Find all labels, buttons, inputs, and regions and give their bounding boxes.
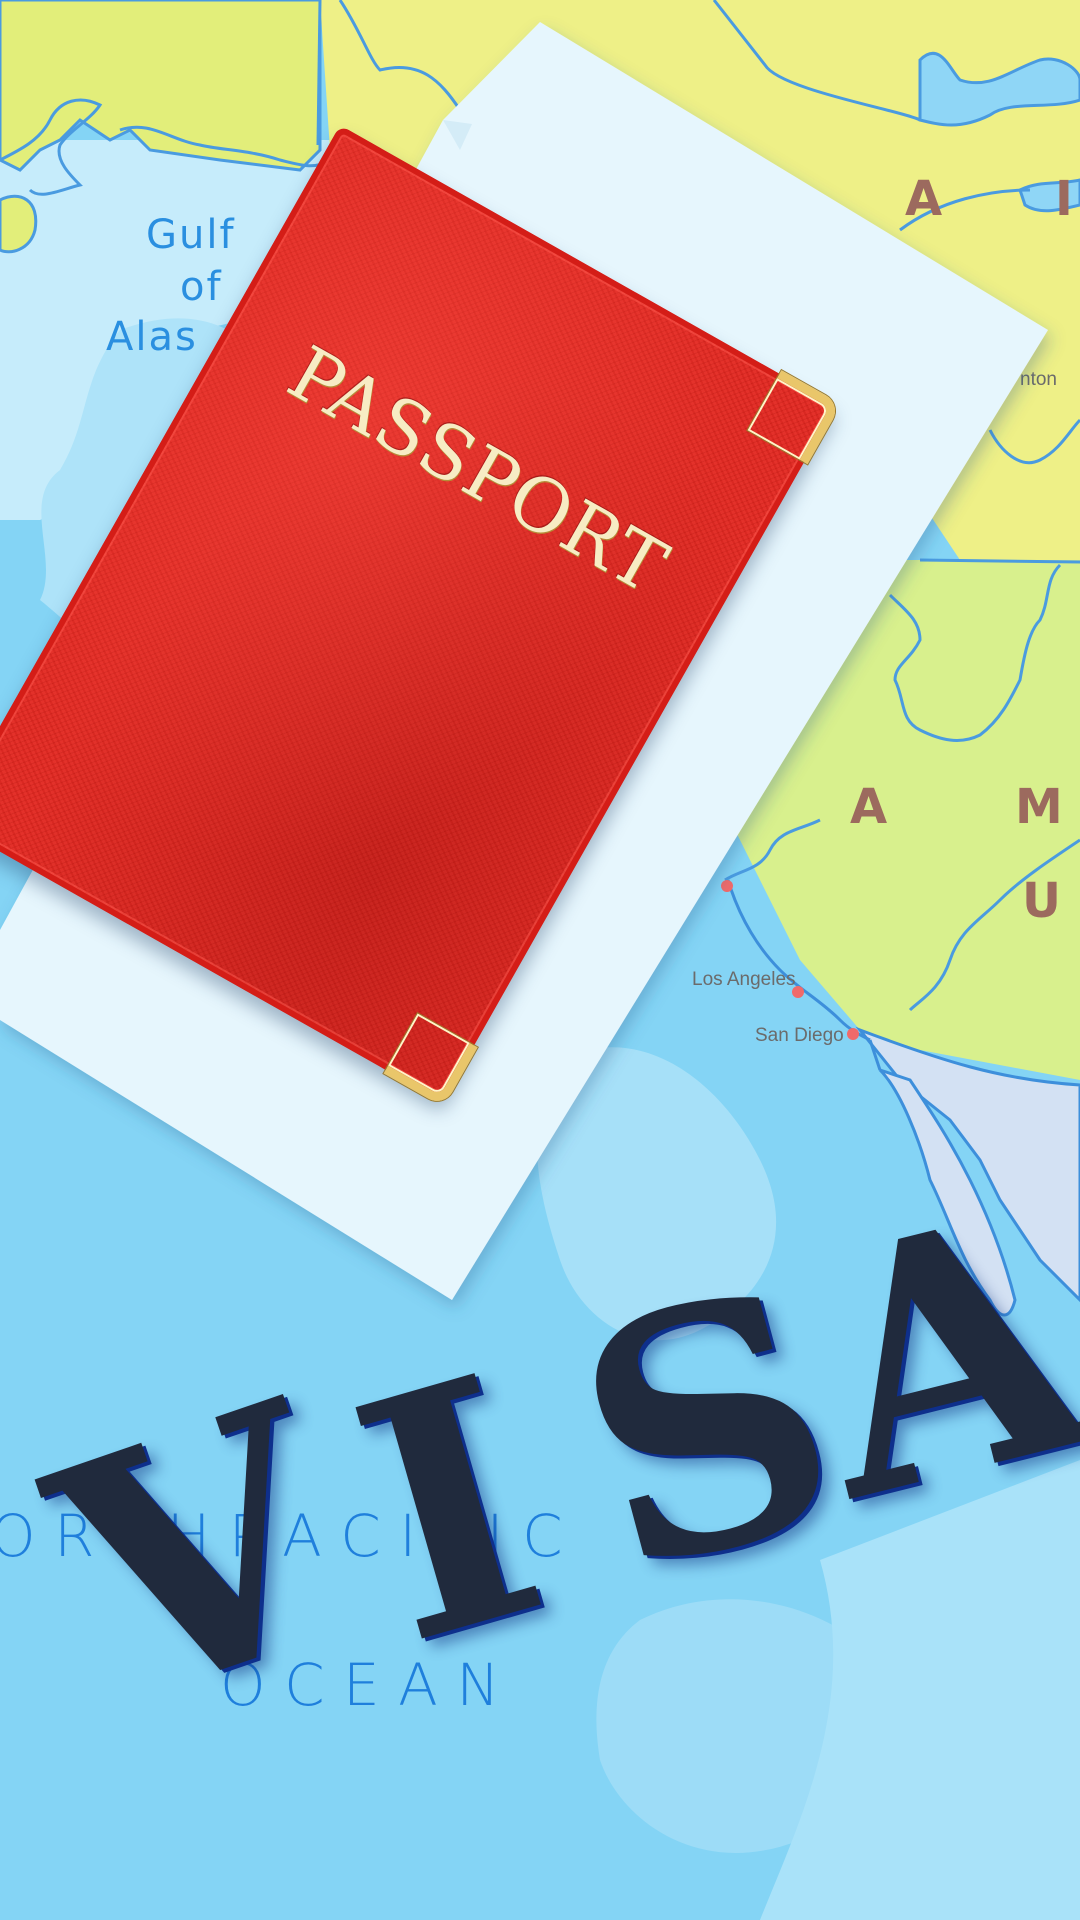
photo-scene: Gulf of Alas O R T H P A C I F I C O C E… (0, 0, 1080, 1920)
passport-title: PASSPORT (239, 310, 717, 631)
